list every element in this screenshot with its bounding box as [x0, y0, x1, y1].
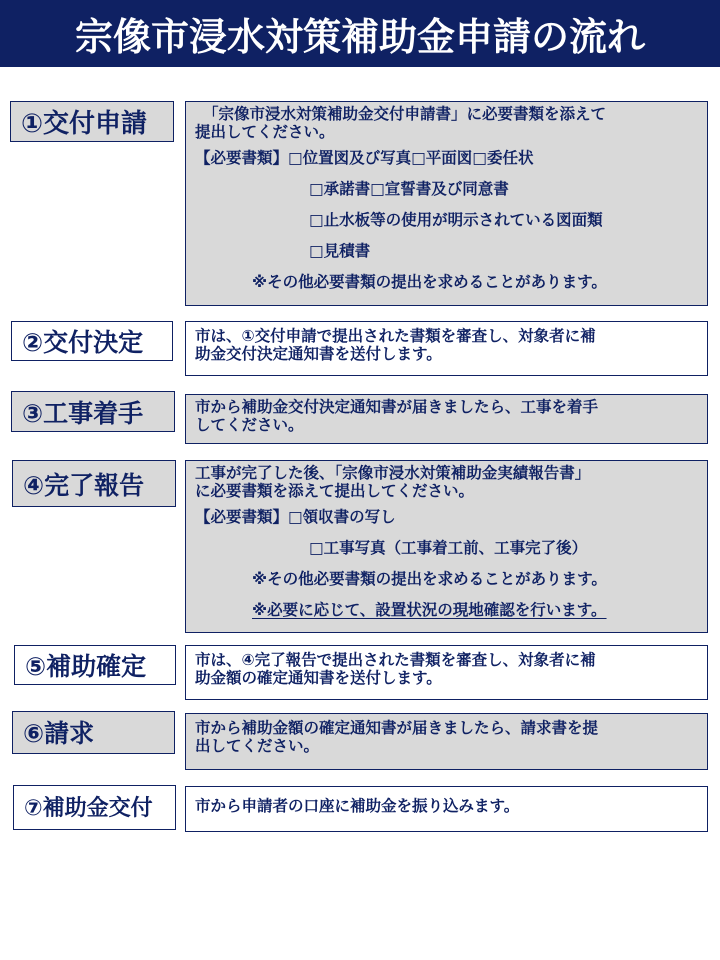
step-7-label: ⑦補助金交付: [13, 785, 176, 830]
step-2-content: 市は、①交付申請で提出された書類を審査し、対象者に補 助金交付決定通知書を送付し…: [185, 321, 708, 376]
step-2-line-2: 助金交付決定通知書を送付します。: [195, 345, 699, 363]
required-heading: 【必要書類】: [195, 508, 288, 526]
step-3-line-1: 市から補助金交付決定通知書が届きましたら、工事を着手: [195, 398, 699, 416]
step-4-content: 工事が完了した後、「宗像市浸水対策補助金実績報告書」 に必要書類を添えて提出して…: [185, 460, 708, 633]
step-5-label: ⑤補助確定: [14, 645, 176, 685]
step-6-line-1: 市から補助金額の確定通知書が届きましたら、請求書を提: [195, 719, 699, 737]
step-1-line-2: 提出してください。: [195, 123, 699, 141]
note: ※その他必要書類の提出を求めることがあります。: [195, 273, 699, 291]
required-item: □領収書の写し: [288, 508, 396, 526]
step-7-line-1: 市から申請者の口座に補助金を振り込みます。: [195, 797, 699, 815]
step-5-content: 市は、④完了報告で提出された書類を審査し、対象者に補 助金額の確定通知書を送付し…: [185, 645, 708, 700]
step-1-required-row-1: 【必要書類】□位置図及び写真□平面図□委任状: [195, 149, 699, 167]
step-3-content: 市から補助金交付決定通知書が届きましたら、工事を着手 してください。: [185, 394, 708, 444]
required-item: □見積書: [195, 242, 699, 260]
step-4-required-row-1: 【必要書類】□領収書の写し: [195, 508, 699, 526]
step-4-line-1: 工事が完了した後、「宗像市浸水対策補助金実績報告書」: [195, 464, 699, 482]
step-1-line-1: 「宗像市浸水対策補助金交付申請書」に必要書類を添えて: [195, 105, 699, 123]
page-title: 宗像市浸水対策補助金申請の流れ: [0, 0, 720, 67]
step-2-label: ②交付決定: [11, 321, 173, 361]
step-4-line-2: に必要書類を添えて提出してください。: [195, 482, 699, 500]
required-item: □位置図及び写真□平面図□委任状: [288, 149, 533, 167]
note: ※その他必要書類の提出を求めることがあります。: [195, 570, 699, 588]
step-1-label: ①交付申請: [10, 101, 174, 142]
required-item: □止水板等の使用が明示されている図面類: [195, 211, 699, 229]
step-3-label: ③工事着手: [11, 391, 175, 432]
step-3-line-2: してください。: [195, 416, 699, 434]
step-4-label: ④完了報告: [12, 460, 176, 507]
required-item: □承諾書□宣誓書及び同意書: [195, 180, 699, 198]
required-heading: 【必要書類】: [195, 149, 288, 167]
step-1-content: 「宗像市浸水対策補助金交付申請書」に必要書類を添えて 提出してください。 【必要…: [185, 101, 708, 306]
step-6-label: ⑥請求: [12, 711, 175, 754]
step-5-line-2: 助金額の確定通知書を送付します。: [195, 669, 699, 687]
note-underlined: ※必要に応じて、設置状況の現地確認を行います。: [195, 601, 699, 619]
step-5-line-1: 市は、④完了報告で提出された書類を審査し、対象者に補: [195, 651, 699, 669]
step-7-content: 市から申請者の口座に補助金を振り込みます。: [185, 786, 708, 832]
required-item: □工事写真（工事着工前、工事完了後）: [195, 539, 699, 557]
step-6-line-2: 出してください。: [195, 737, 699, 755]
step-6-content: 市から補助金額の確定通知書が届きましたら、請求書を提 出してください。: [185, 713, 708, 770]
step-2-line-1: 市は、①交付申請で提出された書類を審査し、対象者に補: [195, 327, 699, 345]
